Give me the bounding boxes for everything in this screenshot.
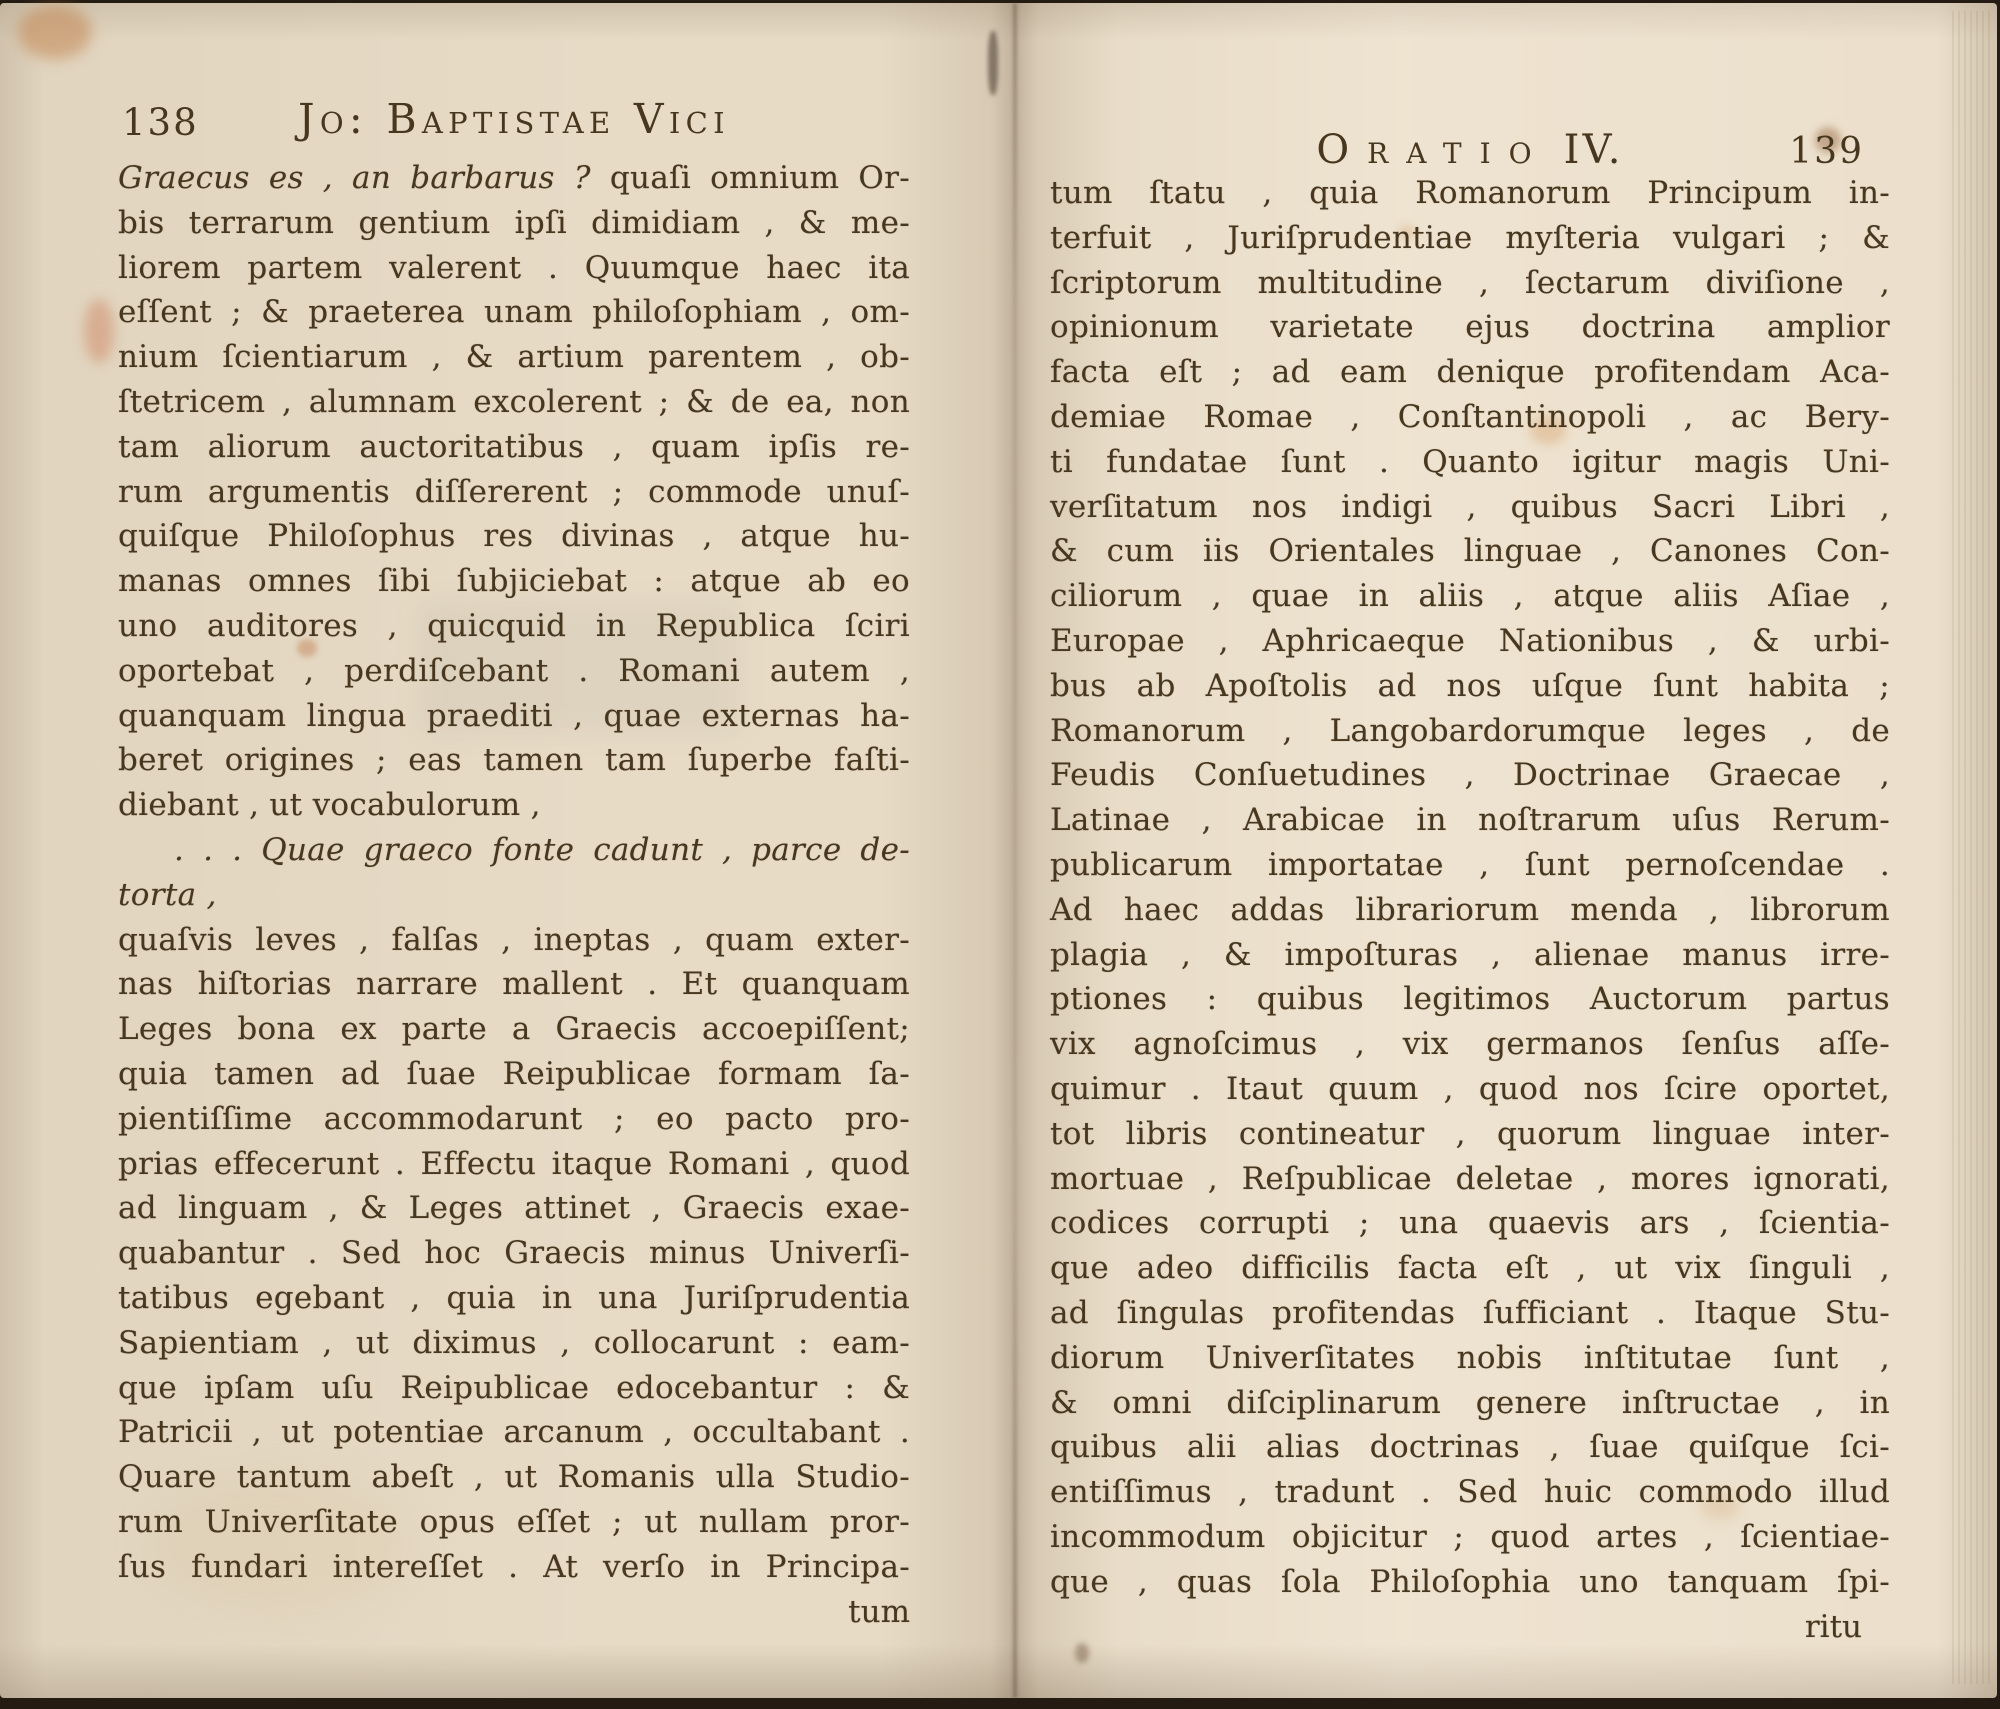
text-line: bis terrarum gentium ipſi dimidiam , & m…	[118, 201, 910, 246]
book-spread: 138 Jo: Baptistae Vici Graecus es , an b…	[0, 3, 1997, 1698]
text-line: bus ab Apoſtolis ad nos uſque ſunt habit…	[1050, 664, 1890, 709]
text-line: liorem partem valerent . Quumque haec it…	[118, 246, 910, 291]
text-line: diorum Univerſitates nobis inſtitutae ſu…	[1050, 1336, 1890, 1381]
text-line: quia tamen ad ſuae Reipublicae formam ſa…	[118, 1052, 910, 1097]
text-line: facta eſt ; ad eam denique profitendam A…	[1050, 350, 1890, 395]
text-line: nas hiſtorias narrare mallent . Et quanq…	[118, 962, 910, 1007]
stain	[84, 299, 114, 363]
text-line: tam aliorum auctoritatibus , quam ipſis …	[118, 425, 910, 470]
text-line: manas omnes ſibi ſubjiciebat : atque ab …	[118, 559, 910, 604]
text-line: verſitatum nos indigi , quibus Sacri Lib…	[1050, 485, 1890, 530]
text-line: eſſent ; & praeterea unam philoſophiam ,…	[118, 290, 910, 335]
text-line: que ipſam uſu Reipublicae edocebantur : …	[118, 1366, 910, 1411]
text-line: & omni diſciplinarum genere inſtructae ,…	[1050, 1381, 1890, 1426]
text-line: tot libris contineatur , quorum linguae …	[1050, 1112, 1890, 1157]
text-line: quibus alii alias doctrinas , ſuae quiſq…	[1050, 1425, 1890, 1470]
text-line: rum argumentis diſſererent ; commode unu…	[118, 470, 910, 515]
right-page-text: tum ſtatu , quia Romanorum Principum in-…	[1050, 171, 1890, 1605]
text-line: quanquam lingua praediti , quae externas…	[118, 694, 910, 739]
text-line: torta ,	[118, 873, 910, 918]
text-line: nium ſcientiarum , & artium parentem , o…	[118, 335, 910, 380]
stain	[18, 5, 92, 59]
text-line: prias effecerunt . Effectu itaque Romani…	[118, 1142, 910, 1187]
book-gutter-crease	[1013, 3, 1017, 1698]
right-page: OratioIV. 139 tum ſtatu , quia Romanorum…	[1050, 127, 1890, 1649]
text-line: rum Univerſitate opus eſſet ; ut nullam …	[118, 1500, 910, 1545]
text-line: Romanorum , Langobardorumque leges , de	[1050, 709, 1890, 754]
text-line: opinionum varietate ejus doctrina amplio…	[1050, 305, 1890, 350]
text-line: tum ſtatu , quia Romanorum Principum in-	[1050, 171, 1890, 216]
text-line: tatibus egebant , quia in una Juriſprude…	[118, 1276, 910, 1321]
left-running-title: Jo: Baptistae Vici	[118, 95, 910, 143]
text-line: que , quas ſola Philoſophia uno tanquam …	[1050, 1560, 1890, 1605]
text-line: ſtetricem , alumnam excolerent ; & de ea…	[118, 380, 910, 425]
text-line: ciliorum , quae in aliis , atque aliis A…	[1050, 574, 1890, 619]
text-line: Quare tantum abeſt , ut Romanis ulla Stu…	[118, 1455, 910, 1500]
text-line: ad ſingulas profitendas ſufficiant . Ita…	[1050, 1291, 1890, 1336]
text-line: Leges bona ex parte a Graecis accoepiſſe…	[118, 1007, 910, 1052]
text-line: quiſque Philoſophus res divinas , atque …	[118, 514, 910, 559]
text-line: ad linguam , & Leges attinet , Graecis e…	[118, 1186, 910, 1231]
gutter-stitch-shadow	[988, 31, 998, 95]
text-line: pientiſſime accommodarunt ; eo pacto pro…	[118, 1097, 910, 1142]
text-line: ſcriptorum multitudine , ſectarum diviſi…	[1050, 261, 1890, 306]
text-line: Sapientiam , ut diximus , collocarunt : …	[118, 1321, 910, 1366]
text-line: Europae , Aphricaeque Nationibus , & urb…	[1050, 619, 1890, 664]
right-page-number: 139	[1789, 131, 1864, 172]
text-line: ſus fundari intereſſet . At verſo in Pri…	[118, 1545, 910, 1590]
text-line: Latinae , Arabicae in noſtrarum uſus Rer…	[1050, 798, 1890, 843]
text-line: Feudis Conſuetudines , Doctrinae Graecae…	[1050, 753, 1890, 798]
right-page-header: OratioIV. 139	[1050, 127, 1890, 171]
text-line: oportebat , perdiſcebant . Romani autem …	[118, 649, 910, 694]
left-catchword: tum	[118, 1590, 910, 1635]
text-line: quabantur . Sed hoc Graecis minus Univer…	[118, 1231, 910, 1276]
text-line: codices corrupti ; una quaevis ars , ſci…	[1050, 1201, 1890, 1246]
text-line: Graecus es , an barbarus ? quaſi omnium …	[118, 156, 910, 201]
text-line: quaſvis leves , falſas , ineptas , quam …	[118, 918, 910, 963]
text-line: que adeo difficilis facta eſt , ut vix ſ…	[1050, 1246, 1890, 1291]
left-page-header: 138 Jo: Baptistae Vici	[118, 95, 910, 156]
right-running-title: OratioIV.	[1050, 127, 1890, 173]
text-line: entiſſimus , tradunt . Sed huic commodo …	[1050, 1470, 1890, 1515]
italic-text: Graecus es , an barbarus ?	[118, 160, 610, 196]
right-running-title-word: Oratio	[1316, 127, 1549, 173]
text-line: incommodum objicitur ; quod artes , ſcie…	[1050, 1515, 1890, 1560]
text-line: uno auditores , quicquid in Republica ſc…	[118, 604, 910, 649]
text-line: ti fundatae ſunt . Quanto igitur magis U…	[1050, 440, 1890, 485]
text-line: Ad haec addas librariorum menda , libror…	[1050, 888, 1890, 933]
text-line: publicarum importatae , ſunt pernoſcenda…	[1050, 843, 1890, 888]
text-line: & cum iis Orientales linguae , Canones C…	[1050, 529, 1890, 574]
text-line: plagia , & impoſturas , alienae manus ir…	[1050, 933, 1890, 978]
text-line: mortuae , Reſpublicae deletae , mores ig…	[1050, 1157, 1890, 1202]
text-line: . . . Quae graeco fonte cadunt , parce d…	[118, 828, 910, 873]
roman-text: quaſi omnium Or-	[610, 160, 910, 196]
right-catchword: ritu	[1050, 1605, 1890, 1650]
text-line: beret origines ; eas tamen tam ſuperbe f…	[118, 738, 910, 783]
text-line: Patricii , ut potentiae arcanum , occult…	[118, 1410, 910, 1455]
text-line: vix agnoſcimus , vix germanos ſenſus aſſ…	[1050, 1022, 1890, 1067]
text-line: terfuit , Juriſprudentiae myſteria vulga…	[1050, 216, 1890, 261]
text-line: quimur . Itaut quum , quod nos ſcire opo…	[1050, 1067, 1890, 1112]
text-line: diebant , ut vocabulorum ,	[118, 783, 910, 828]
left-page: 138 Jo: Baptistae Vici Graecus es , an b…	[118, 95, 910, 1634]
left-page-text: Graecus es , an barbarus ? quaſi omnium …	[118, 156, 910, 1590]
text-line: demiae Romae , Conſtantinopoli , ac Bery…	[1050, 395, 1890, 440]
fore-edge-pages	[1952, 11, 1994, 1684]
text-line: ptiones : quibus legitimos Auctorum part…	[1050, 977, 1890, 1022]
right-running-title-numeral: IV.	[1564, 127, 1624, 173]
